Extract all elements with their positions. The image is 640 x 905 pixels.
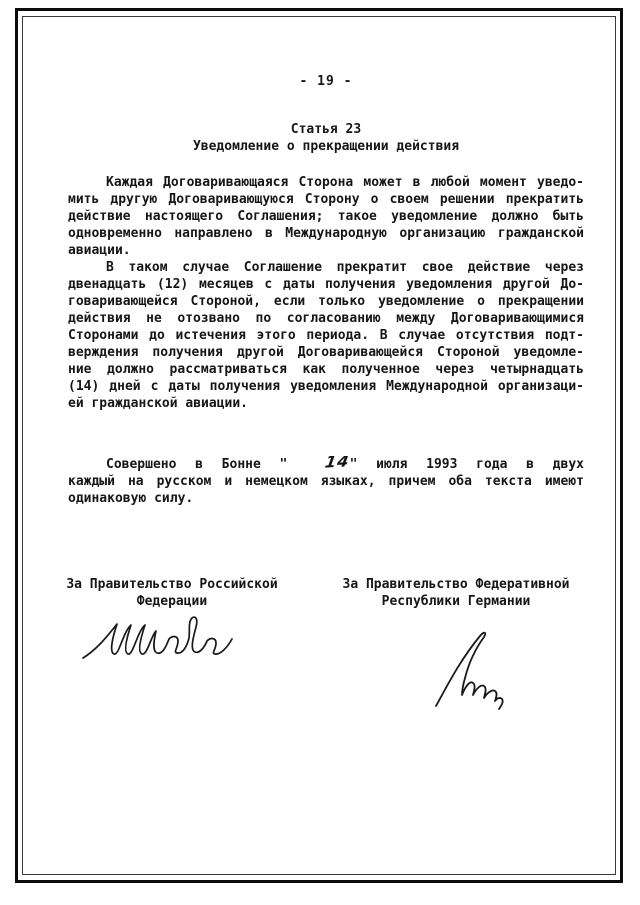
- article-title: Статья 23: [68, 121, 584, 138]
- text-line: ние должно рассматриваться как полученно…: [68, 361, 584, 378]
- closing-line-1: Совершено в Бонне "14" июля 1993 года в …: [68, 456, 584, 473]
- text-line: действие настоящего Соглашения; такое ув…: [68, 208, 584, 225]
- text-line: мить другую Договаривающуюся Сторону о с…: [68, 191, 584, 208]
- text-line: каждый на русском и немецком языках, при…: [68, 473, 584, 490]
- text-line: действия не отозвано по согласованию меж…: [68, 310, 584, 327]
- signatory-caption-line: Федерации: [58, 593, 286, 610]
- text-line: верждения получения другой Договаривающе…: [68, 344, 584, 361]
- text-line: двенадцать (12) месяцев с даты получения…: [68, 276, 584, 293]
- germany-signature-drawing: [426, 628, 510, 712]
- russia-signature-drawing: [80, 610, 244, 664]
- text-line: (14) дней с даты получения уведомления М…: [68, 378, 584, 395]
- text-line: Сторонами до истечения этого периода. В …: [68, 327, 584, 344]
- signatory-caption-line: За Правительство Федеративной: [340, 576, 572, 593]
- page-number: - 19 -: [68, 73, 584, 90]
- text-line: одинаковую силу.: [68, 490, 584, 507]
- text-line: В таком случае Соглашение прекратит свое…: [68, 259, 584, 276]
- closing-prefix: Совершено в Бонне: [106, 457, 261, 472]
- handwritten-day-group: "14": [280, 457, 358, 472]
- text-line: говаривающейся Стороной, если только уве…: [68, 293, 584, 310]
- paragraph-2: В таком случае Соглашение прекратит свое…: [68, 259, 584, 412]
- document-page: - 19 - Статья 23 Уведомление о прекращен…: [0, 0, 640, 905]
- signatory-caption-germany: За Правительство Федеративной Республики…: [340, 576, 572, 610]
- signatory-caption-line: Республики Германии: [340, 593, 572, 610]
- text-line: ей гражданской авиации.: [68, 395, 584, 412]
- text-line: Каждая Договаривающаяся Сторона может в …: [68, 174, 584, 191]
- signatory-caption-line: За Правительство Российской: [58, 576, 286, 593]
- handwritten-day: 14: [286, 456, 351, 472]
- closing-paragraph: Совершено в Бонне "14" июля 1993 года в …: [68, 456, 584, 507]
- text-line: авиации.: [68, 242, 584, 259]
- text-line: одновременно направлено в Международную …: [68, 225, 584, 242]
- paragraph-1: Каждая Договаривающаяся Сторона может в …: [68, 174, 584, 259]
- article-subtitle: Уведомление о прекращении действия: [68, 138, 584, 155]
- article-heading: Статья 23 Уведомление о прекращении дейс…: [68, 121, 584, 155]
- close-quote: ": [350, 457, 358, 472]
- signatory-caption-russia: За Правительство Российской Федерации: [58, 576, 286, 610]
